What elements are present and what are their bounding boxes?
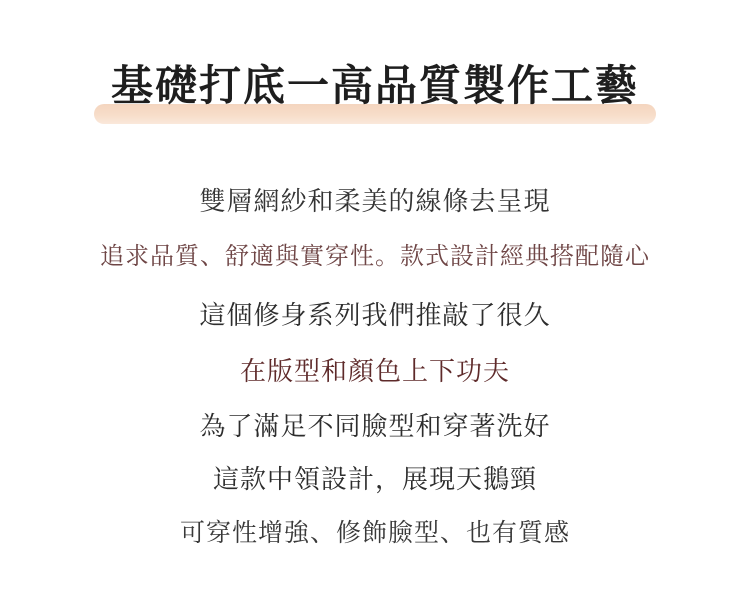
body-text-line: 為了滿足不同臉型和穿著洗好 <box>0 411 750 442</box>
body-text-line: 可穿性增強、修飾臉型、也有質感 <box>0 518 750 548</box>
product-description-page: 基礎打底一高品質製作工藝 雙層網紗和柔美的線條去呈現 追求品質、舒適與實穿性。款… <box>0 0 750 594</box>
body-text-line-accent: 在版型和顏色上下功夫 <box>0 356 750 387</box>
body-text-line: 這款中領設計，展現天鵝頸 <box>0 464 750 495</box>
body-text-line: 這個修身系列我們推敲了很久 <box>0 300 750 331</box>
body-text-line-accent: 追求品質、舒適與實穿性。款式設計經典搭配隨心 <box>0 243 750 272</box>
body-text-line: 雙層網紗和柔美的線條去呈現 <box>0 186 750 217</box>
title-section: 基礎打底一高品質製作工藝 <box>0 0 750 140</box>
page-title: 基礎打底一高品質製作工藝 <box>0 62 750 110</box>
